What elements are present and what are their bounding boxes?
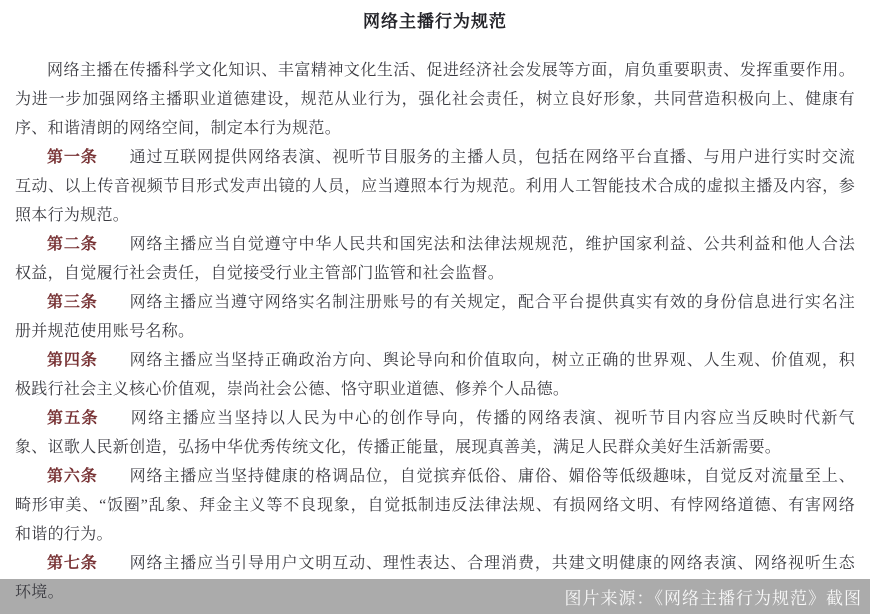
text-line: 环境。: [15, 578, 855, 607]
text-line: 第二条网络主播应当自觉遵守中华人民共和国宪法和法律法规规范，维护国家利益、公共利…: [15, 230, 855, 259]
text-line: 照本行为规范。: [15, 201, 855, 230]
text-line: 第五条网络主播应当坚持以人民为中心的创作导向，传播的网络表演、视听节目内容应当反…: [15, 404, 855, 433]
text-line: 和谐的行为。: [15, 520, 855, 549]
text-line: 极践行社会主义核心价值观，崇尚社会公德、恪守职业道德、修养个人品德。: [15, 375, 855, 404]
article-number: 第一条: [47, 149, 98, 166]
text-line: 权益，自觉履行社会责任，自觉接受行业主管部门监管和社会监督。: [15, 259, 855, 288]
text-line: 册并规范使用账号名称。: [15, 317, 855, 346]
text-line: 象、讴歌人民新创造，弘扬中华优秀传统文化，传播正能量，展现真善美，满足人民群众美…: [15, 433, 855, 462]
text-line: 第四条网络主播应当坚持正确政治方向、舆论导向和价值取向，树立正确的世界观、人生观…: [15, 346, 855, 375]
text-line: 第六条网络主播应当坚持健康的格调品位，自觉摈弃低俗、庸俗、媚俗等低级趣味，自觉反…: [15, 462, 855, 491]
text-line: 第三条网络主播应当遵守网络实名制注册账号的有关规定，配合平台提供真实有效的身份信…: [15, 288, 855, 317]
article-number: 第四条: [47, 352, 98, 369]
text-line: 互动、以上传音视频节目形式发声出镜的人员，应当遵照本行为规范。利用人工智能技术合…: [15, 172, 855, 201]
article-number: 第三条: [47, 294, 98, 311]
text-line: 第七条网络主播应当引导用户文明互动、理性表达、合理消费，共建文明健康的网络表演、…: [15, 549, 855, 578]
article-number: 第七条: [47, 555, 98, 572]
text-line: 序、和谐清朗的网络空间，制定本行为规范。: [15, 114, 855, 143]
article-number: 第五条: [47, 410, 99, 427]
article-number: 第二条: [47, 236, 98, 253]
text-line: 畸形审美、“饭圈”乱象、拜金主义等不良现象，自觉抵制违反法律法规、有损网络文明、…: [15, 491, 855, 520]
text-line: 网络主播在传播科学文化知识、丰富精神文化生活、促进经济社会发展等方面，肩负重要职…: [15, 56, 855, 85]
page-title: 网络主播行为规范: [0, 0, 870, 32]
text-line: 第一条通过互联网提供网络表演、视听节目服务的主播人员，包括在网络平台直播、与用户…: [15, 143, 855, 172]
document-page: 网络主播行为规范 网络主播在传播科学文化知识、丰富精神文化生活、促进经济社会发展…: [0, 0, 870, 614]
document-body: 网络主播在传播科学文化知识、丰富精神文化生活、促进经济社会发展等方面，肩负重要职…: [15, 56, 855, 607]
article-number: 第六条: [47, 468, 98, 485]
text-line: 为进一步加强网络主播职业道德建设，规范从业行为，强化社会责任，树立良好形象，共同…: [15, 85, 855, 114]
